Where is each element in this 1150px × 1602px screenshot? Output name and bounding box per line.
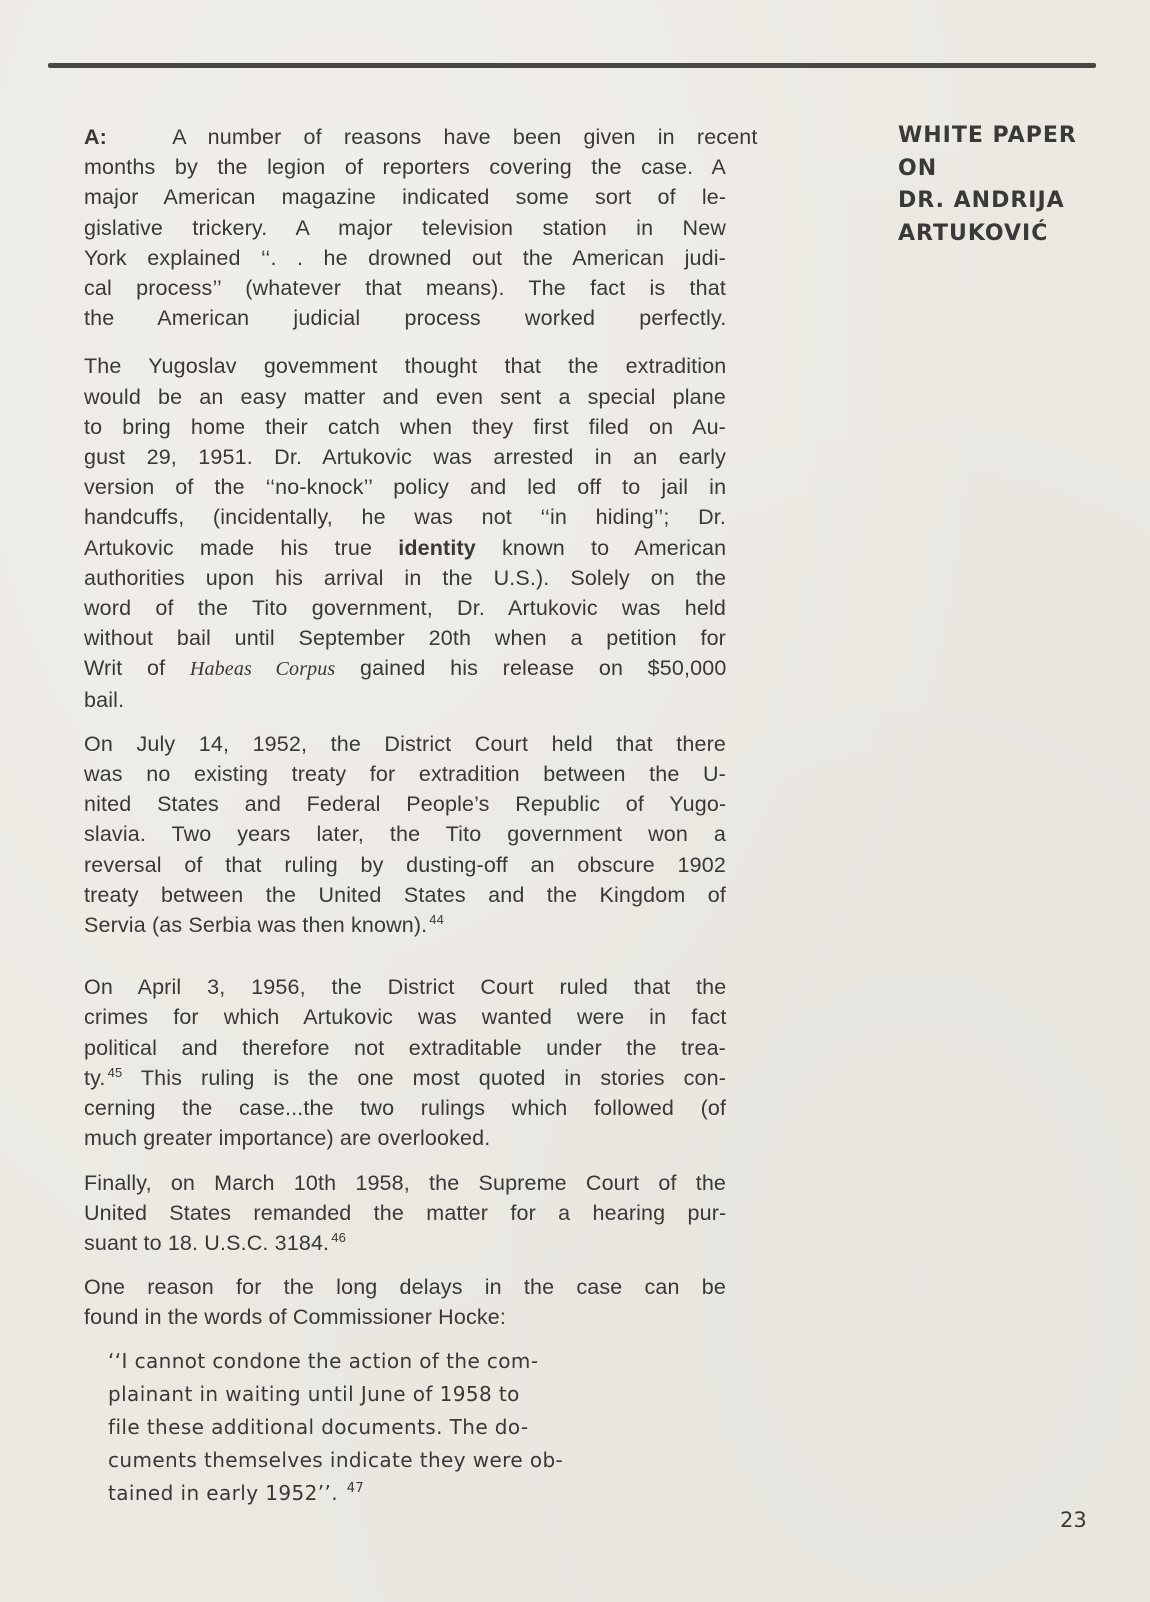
text-line: political and therefore not extraditable… <box>84 1033 726 1063</box>
paragraph-district-court-1956: On April 3, 1956, the District Court rul… <box>84 972 726 1153</box>
italic-term: Habeas Corpus <box>190 658 335 680</box>
side-title-line: WHITE PAPER <box>898 120 1077 153</box>
text-line: handcuffs, (incidentally, he was not ‘‘i… <box>84 502 726 532</box>
quote-line: tained in early 1952’’. 47 <box>108 1477 663 1510</box>
text-line: gislative trickery. A major television s… <box>84 213 726 243</box>
text-line: word of the Tito government, Dr. Artukov… <box>84 593 726 623</box>
text-line: was no existing treaty for extradition b… <box>84 759 726 789</box>
side-title-line: ARTUKOVIĆ <box>898 218 1077 251</box>
paragraph-district-court-1952: On July 14, 1952, the District Court hel… <box>84 729 726 940</box>
top-rule-divider <box>48 63 1096 68</box>
text-line: Artukovic made his true identity known t… <box>84 533 726 563</box>
answer-label: A: <box>84 125 107 149</box>
quote-line: plainant in waiting until June of 1958 t… <box>108 1378 663 1411</box>
text-line: reversal of that ruling by dusting-off a… <box>84 850 726 880</box>
paragraph-yugoslav-government: The Yugoslav govemment thought that the … <box>84 351 726 714</box>
text-line: ty.45 This ruling is the one most quoted… <box>84 1063 726 1093</box>
paragraph-delays: One reason for the long delays in the ca… <box>84 1272 726 1332</box>
text-line: would be an easy matter and even sent a … <box>84 382 726 412</box>
text-line: York explained ‘‘. . he drowned out the … <box>84 243 726 273</box>
footnote-ref: 45 <box>108 1065 123 1080</box>
text-line: authorities upon his arrival in the U.S.… <box>84 563 726 593</box>
text-line: the American judicial process worked per… <box>84 303 726 333</box>
text-line: suant to 18. U.S.C. 3184.46 <box>84 1228 726 1258</box>
text-line: to bring home their catch when they firs… <box>84 412 726 442</box>
text-line: gust 29, 1951. Dr. Artukovic was arreste… <box>84 442 726 472</box>
text-line: Writ of Habeas Corpus gained his release… <box>84 653 726 684</box>
text-line: cal process’’ (whatever that means). The… <box>84 273 726 303</box>
text-line: nited States and Federal People’s Republ… <box>84 789 726 819</box>
text-line: bail. <box>84 685 726 715</box>
paragraph-answer: A: A number of reasons have been given i… <box>84 122 726 333</box>
paragraph-supreme-court: Finally, on March 10th 1958, the Supreme… <box>84 1168 726 1259</box>
text-line: One reason for the long delays in the ca… <box>84 1272 726 1302</box>
text-line: United States remanded the matter for a … <box>84 1198 726 1228</box>
text-line: treaty between the United States and the… <box>84 880 726 910</box>
text-line: On April 3, 1956, the District Court rul… <box>84 972 726 1002</box>
quote-line: ‘‘I cannot condone the action of the com… <box>108 1345 663 1378</box>
footnote-ref: 44 <box>429 912 444 927</box>
text-line: On July 14, 1952, the District Court hel… <box>84 729 726 759</box>
text-line: Finally, on March 10th 1958, the Supreme… <box>84 1168 726 1198</box>
bold-word: identity <box>398 536 476 560</box>
text-line: crimes for which Artukovic was wanted we… <box>84 1002 726 1032</box>
body-column: A: A number of reasons have been given i… <box>84 122 726 1510</box>
text-line: Servia (as Serbia was then known).44 <box>84 910 726 940</box>
footnote-ref: 46 <box>331 1230 346 1245</box>
text-line: version of the ‘‘no-knock’’ policy and l… <box>84 472 726 502</box>
side-title-line: DR. ANDRIJA <box>898 185 1077 218</box>
block-quote-commissioner: ‘‘I cannot condone the action of the com… <box>108 1345 663 1510</box>
side-title-line: ON <box>898 153 1077 186</box>
quote-line: cuments themselves indicate they were ob… <box>108 1444 663 1477</box>
footnote-ref: 47 <box>347 1481 364 1496</box>
text-line: months by the legion of reporters coveri… <box>84 152 726 182</box>
side-title: WHITE PAPER ON DR. ANDRIJA ARTUKOVIĆ <box>898 120 1077 250</box>
text-line: The Yugoslav govemment thought that the … <box>84 351 726 381</box>
text-line: without bail until September 20th when a… <box>84 623 726 653</box>
page-number: 23 <box>1060 1508 1087 1532</box>
text-line: found in the words of Commissioner Hocke… <box>84 1302 726 1332</box>
text-line: A number of reasons have been given in r… <box>172 125 757 149</box>
text-line: major American magazine indicated some s… <box>84 182 726 212</box>
text-line: much greater importance) are overlooked. <box>84 1123 726 1153</box>
text-line: slavia. Two years later, the Tito govern… <box>84 819 726 849</box>
quote-line: file these additional documents. The do- <box>108 1411 663 1444</box>
text-line: cerning the case...the two rulings which… <box>84 1093 726 1123</box>
